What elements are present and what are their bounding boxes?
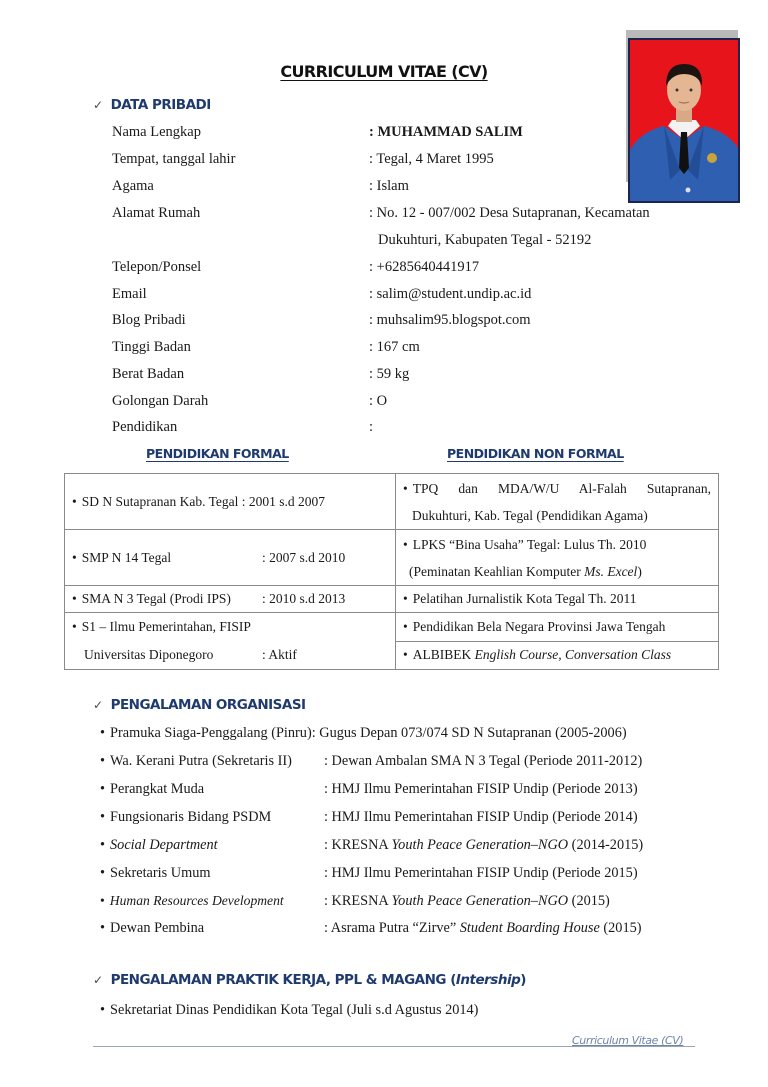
formal-cell: SMA N 3 Tegal (Prodi IPS): 2010 s.d 2013 (65, 586, 396, 613)
org-item-role: Fungsionaris Bidang PSDM (100, 809, 271, 826)
nonformal-line2: (Peminatan Keahlian Komputer Ms. Excel) (403, 558, 711, 585)
praktik-item: Sekretariat Dinas Pendidikan Kota Tegal … (100, 1002, 478, 1019)
formal-name: S1 – Ilmu Pemerintahan, FISIP (72, 613, 388, 641)
formal-cell: SD N Sutapranan Kab. Tegal : 2001 s.d 20… (65, 474, 396, 530)
nonformal-cell: LPKS “Bina Usaha” Tegal: Lulus Th. 2010 … (396, 530, 719, 586)
checkmark-icon: ✓ (93, 698, 103, 712)
section-heading-organisasi: ✓PENGALAMAN ORGANISASI (93, 697, 306, 713)
section-heading-data-pribadi: ✓DATA PRIBADI (93, 97, 211, 113)
value-ttl: : Tegal, 4 Maret 1995 (369, 151, 494, 168)
org-item-role: Dewan Pembina (100, 920, 204, 937)
org-item-org: : KRESNA Youth Peace Generation–NGO (201… (324, 837, 643, 854)
value-blog[interactable]: : muhsalim95.blogspot.com (369, 312, 531, 329)
label-ttl: Tempat, tanggal lahir (112, 151, 235, 168)
org-item: Pramuka Siaga-Penggalang (Pinru): Gugus … (100, 725, 627, 742)
nonformal-line2: Dukuhturi, Kab. Tegal (Pendidikan Agama) (403, 502, 711, 529)
value-email[interactable]: : salim@student.undip.ac.id (369, 286, 531, 303)
nonformal-line1: ALBIBEK English Course, Conversation Cla… (403, 647, 671, 662)
value-tinggi: : 167 cm (369, 339, 420, 356)
nonformal-cell: TPQ dan MDA/W/U Al-Falah Sutapranan, Duk… (396, 474, 719, 530)
org-item-role: Wa. Kerani Putra (Sekretaris II) (100, 753, 292, 770)
nonformal-line1: Pelatihan Jurnalistik Kota Tegal Th. 201… (403, 591, 637, 606)
value-telepon: : +6285640441917 (369, 259, 479, 276)
label-goldar: Golongan Darah (112, 393, 208, 410)
formal-name: SMA N 3 Tegal (Prodi IPS) (72, 591, 262, 607)
org-item-role: Sekretaris Umum (100, 865, 210, 882)
value-berat: : 59 kg (369, 366, 409, 383)
heading-pendidikan-non-formal: PENDIDIKAN NON FORMAL (447, 446, 624, 461)
org-item-role: Human Resources Development (100, 893, 284, 909)
formal-period: : 2001 s.d 2007 (242, 494, 325, 509)
section-heading-praktik: ✓PENGALAMAN PRAKTIK KERJA, PPL & MAGANG … (93, 972, 526, 988)
value-agama: : Islam (369, 178, 409, 195)
label-telepon: Telepon/Ponsel (112, 259, 201, 276)
nonformal-cell: ALBIBEK English Course, Conversation Cla… (396, 641, 719, 670)
value-pendidikan: : (369, 419, 373, 436)
nonformal-line1: LPKS “Bina Usaha” Tegal: Lulus Th. 2010 (403, 531, 711, 558)
formal-period: : 2010 s.d 2013 (262, 591, 345, 606)
label-agama: Agama (112, 178, 154, 195)
checkmark-icon: ✓ (93, 98, 103, 112)
formal-cell: S1 – Ilmu Pemerintahan, FISIP Universita… (65, 613, 396, 670)
nonformal-cell: Pendidikan Bela Negara Provinsi Jawa Ten… (396, 613, 719, 642)
formal-name: SD N Sutapranan Kab. Tegal (72, 494, 238, 509)
org-item-org: : Asrama Putra “Zirve” Student Boarding … (324, 920, 642, 937)
label-nama: Nama Lengkap (112, 124, 201, 141)
heading-pendidikan-formal: PENDIDIKAN FORMAL (146, 446, 289, 461)
profile-photo (628, 38, 740, 203)
org-item-org: : HMJ Ilmu Pemerintahan FISIP Undip (Per… (324, 809, 638, 826)
value-alamat: : No. 12 - 007/002 Desa Sutapranan, Keca… (369, 205, 650, 222)
formal-name: SMP N 14 Tegal (72, 550, 262, 566)
nonformal-line1: Pendidikan Bela Negara Provinsi Jawa Ten… (403, 619, 665, 634)
label-tinggi: Tinggi Badan (112, 339, 191, 356)
education-table: SD N Sutapranan Kab. Tegal : 2001 s.d 20… (64, 473, 719, 670)
org-item-org: : HMJ Ilmu Pemerintahan FISIP Undip (Per… (324, 865, 638, 882)
value-nama: : MUHAMMAD SALIM (369, 124, 523, 141)
org-item-org: : HMJ Ilmu Pemerintahan FISIP Undip (Per… (324, 781, 638, 798)
formal-cell: SMP N 14 Tegal: 2007 s.d 2010 (65, 530, 396, 586)
label-blog: Blog Pribadi (112, 312, 186, 329)
label-email: Email (112, 286, 147, 303)
label-berat: Berat Badan (112, 366, 184, 383)
org-item-role: Perangkat Muda (100, 781, 204, 798)
org-item-org: : Dewan Ambalan SMA N 3 Tegal (Periode 2… (324, 753, 642, 770)
label-pendidikan: Pendidikan (112, 419, 177, 436)
org-item-org: : KRESNA Youth Peace Generation–NGO (201… (324, 893, 610, 910)
value-goldar: : O (369, 393, 387, 410)
value-alamat-line2: Dukuhturi, Kabupaten Tegal - 52192 (378, 232, 591, 249)
portrait-icon (630, 40, 738, 201)
label-alamat: Alamat Rumah (112, 205, 200, 222)
nonformal-line1: TPQ dan MDA/W/U Al-Falah Sutapranan, (403, 475, 711, 502)
nonformal-cell: Pelatihan Jurnalistik Kota Tegal Th. 201… (396, 586, 719, 613)
checkmark-icon: ✓ (93, 973, 103, 987)
footer-text: Curriculum Vitae (CV) (572, 1034, 683, 1047)
formal-period: : 2007 s.d 2010 (262, 550, 345, 565)
formal-name-line2: Universitas Diponegoro: Aktif (72, 641, 388, 669)
org-item-role: Social Department (100, 837, 218, 854)
